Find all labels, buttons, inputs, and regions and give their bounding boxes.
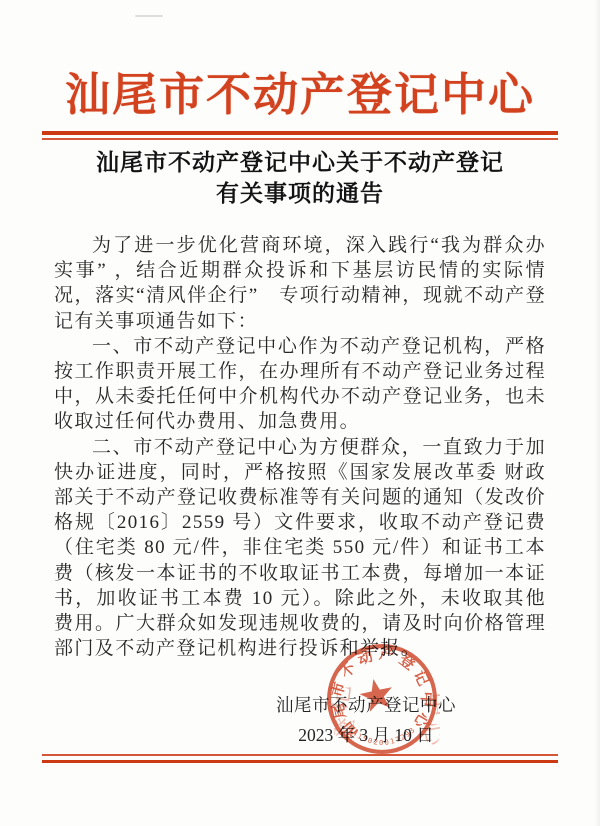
document-title-line2: 有关事项的通告 [0, 178, 600, 209]
signature-date: 2023 年 3 月 10 日 [268, 722, 464, 747]
footer-rule-thick [42, 760, 558, 764]
scanned-notice-page: 汕尾市不动产登记中心 汕尾市不动产登记中心关于不动产登记 有关事项的通告 为了进… [0, 0, 600, 826]
document-body: 为了进一步优化营商环境，深入践行“我为群众办实事” ，结合近期群众投诉和下基层访… [54, 233, 546, 661]
paragraph-intro: 为了进一步优化营商环境，深入践行“我为群众办实事” ，结合近期群众投诉和下基层访… [54, 233, 546, 334]
signature-block: 汕尾市不动产登记中心 2023 年 3 月 10 日 [268, 692, 464, 747]
paragraph-item-one: 一、市不动产登记中心作为不动产登记机构，严格按工作职责开展工作，在办理所有不动产… [54, 334, 546, 435]
signature-organization: 汕尾市不动产登记中心 [268, 692, 464, 717]
document-title: 汕尾市不动产登记中心关于不动产登记 有关事项的通告 [0, 147, 600, 209]
scan-artifact-line [135, 15, 163, 17]
paragraph-item-two: 二、市不动产登记中心为方便群众，一直致力于加快办证进度，同时，严格按照《国家发展… [54, 435, 546, 662]
letterhead-rule-thick [42, 131, 558, 135]
footer-rule-thin [42, 754, 558, 756]
document-title-line1: 汕尾市不动产登记中心关于不动产登记 [0, 147, 600, 178]
letterhead-title: 汕尾市不动产登记中心 [0, 58, 600, 123]
page-edge-shadow [594, 0, 600, 826]
letterhead-rule-thin [42, 138, 558, 140]
